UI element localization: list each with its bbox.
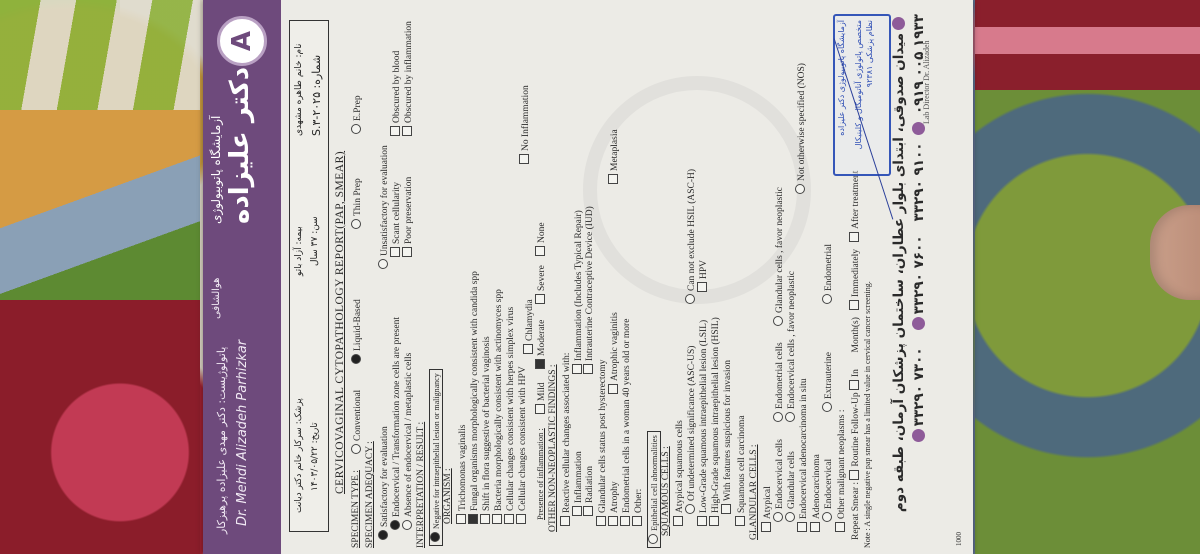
organism-item[interactable]: Cellular changes consistent with HPV [516, 366, 529, 524]
gl-other-malignant[interactable]: Other malignant neoplasms : [835, 410, 848, 533]
lab-phones: ۳۳۲۹۰ ۷۳۰۰ ۳۳۲۹۰ ۷۶۰۰ ۳۳۲۹۰ ۹۱۰۰ ۰۹۱۹ ۰۰… [911, 14, 927, 445]
sample-number: شماره: S.۳-۲۰۲۵ [310, 55, 323, 136]
insurance: بیمه: آزاد باتو [294, 226, 304, 276]
adequacy-absence[interactable]: Absence of endocervical / metaplastic ce… [402, 353, 415, 530]
squamous-label: SQUAMOUS CELLS : [661, 446, 672, 536]
inflammation-none[interactable]: None [535, 222, 548, 256]
checkbox-icon [516, 514, 526, 524]
epithelial-abnormalities[interactable]: Epithelial cell abnormalities [647, 431, 661, 548]
specimen-type-label: SPECIMEN TYPE : [351, 470, 362, 548]
lab-name: آزمایشگاه پاتوبیولوژی [209, 116, 223, 224]
sq-carcinoma[interactable]: Squamous cell carcinoma [735, 415, 748, 526]
carpet-background [0, 300, 200, 554]
sq-hpv[interactable]: HPV [697, 260, 710, 292]
radio-checked-icon [351, 354, 361, 364]
specimen-liquid-based[interactable]: Liquid-Based [351, 299, 364, 364]
specimen-conventional[interactable]: Conventional [351, 390, 364, 454]
radio-icon [351, 124, 361, 134]
lab-address: میدان صدوقی، ابتدای بلوار عطاران، ساختما… [891, 14, 907, 512]
nn-radiation[interactable]: Radiation [583, 466, 596, 516]
no-inflammation[interactable]: No Inflammation [519, 85, 532, 164]
adequacy-inflammation[interactable]: Obscured by inflammation [402, 21, 415, 136]
organism-label: ORGANISM : [443, 468, 454, 524]
nn-metaplasia[interactable]: Metaplasia [608, 129, 621, 184]
routine-checkbox[interactable] [849, 470, 859, 480]
carpet-background [975, 90, 1200, 554]
inflammation-severe[interactable]: Severe [535, 265, 548, 304]
gl-ais[interactable]: Endocervical adenocarcinoma in situ [797, 378, 810, 532]
gl-endocervical[interactable]: Endocervical [822, 459, 835, 522]
gl-nos[interactable]: Not otherwise specified (NOS) [795, 63, 808, 194]
specimen-thin-prep[interactable]: Thin Prep [351, 178, 364, 229]
adequacy-poor[interactable]: Poor preservation [402, 177, 415, 257]
page-code: 1000 [955, 532, 963, 546]
specimen-e-prep[interactable]: E.Prep [351, 95, 364, 134]
inflammation-moderate[interactable]: Moderate [535, 320, 548, 369]
immediately-checkbox[interactable] [849, 300, 859, 310]
inflammation-mild[interactable]: Mild [535, 383, 548, 414]
negative-result[interactable]: Negative for intraepithelial lesion or m… [429, 369, 443, 546]
gl-endometrial[interactable]: Endometrial [822, 244, 835, 304]
mobile-icon [912, 122, 925, 135]
checkbox-icon [456, 514, 466, 524]
in-checkbox[interactable] [849, 380, 859, 390]
lab-header: پاتولوژیست: دکتر مهدی علیزاده پرهیزکار D… [203, 0, 281, 554]
location-pin-icon [892, 17, 905, 30]
pathologist-name-en: Dr. Mehdi Alizadeh Parhizkar [235, 340, 250, 526]
checkbox-icon [480, 514, 490, 524]
after-treatment-checkbox[interactable] [849, 232, 859, 242]
pathologist-name-fa: پاتولوژیست: دکتر مهدی علیزاده پرهیزکار [215, 347, 228, 534]
sq-invasion[interactable]: With features suspicious for invasion [721, 360, 734, 514]
carpet-background [0, 0, 200, 110]
pap-smear-report-document: پاتولوژیست: دکتر مهدی علیزاده پرهیزکار D… [203, 0, 973, 554]
carpet-background [975, 0, 1200, 90]
lab-doctor-title: دکتر علیزاده [225, 67, 255, 224]
report-date: تاریخ: ۱۴۰۳/۰۵/۲۲ [310, 422, 320, 491]
patient-name: نام: خانم طاهره مشهدی [294, 44, 304, 136]
lab-logo-icon: A [217, 16, 267, 66]
phone-icon [912, 429, 925, 442]
lab-stamp: آزمایشگاه پاتوبیولوژی دکتر علیزاده متخصص… [833, 14, 891, 176]
glandular-label: GLANDULAR CELLS : [749, 444, 760, 540]
gl-extrauterine[interactable]: Extrauterine [822, 352, 835, 412]
nn-iud[interactable]: Intrauterine Contraceptive Device (IUD) [583, 206, 596, 374]
radio-icon [351, 444, 361, 454]
nn-other[interactable]: Other: [632, 489, 645, 526]
checkbox-checked-icon [468, 514, 478, 524]
carpet-background [0, 110, 200, 300]
report-title: CERVICOVAGINAL CYTOPATHOLOGY REPORT(PAP,… [335, 151, 346, 494]
checkbox-icon [504, 514, 514, 524]
inflammation-presence-label: Presence of inflammation : [535, 428, 546, 520]
screening-note: Note : A single negative pap smear has a… [862, 281, 873, 548]
repeat-smear: Repeat Smear : Routine Follow-Up In Mont… [849, 171, 862, 540]
phone-icon [912, 317, 925, 330]
radio-icon [351, 219, 361, 229]
motto: هوالشافی [211, 278, 222, 319]
adequacy-label: SPECIMEN ADEQUACY : [365, 441, 376, 548]
interpretation-label: INTERPRETATION / RESULT : [416, 422, 427, 548]
checkbox-icon [492, 514, 502, 524]
non-neoplastic-label: OTHER NON-NEOPLASTIC FINDINGS : [548, 364, 559, 532]
patient-age: سن: ۳۷ سال [310, 216, 320, 266]
physician: پزشک: سرکار خانم دکتر دیانت [294, 398, 304, 513]
patient-info-box: پزشک: سرکار خانم دکتر دیانت تاریخ: ۱۴۰۳/… [289, 20, 329, 532]
